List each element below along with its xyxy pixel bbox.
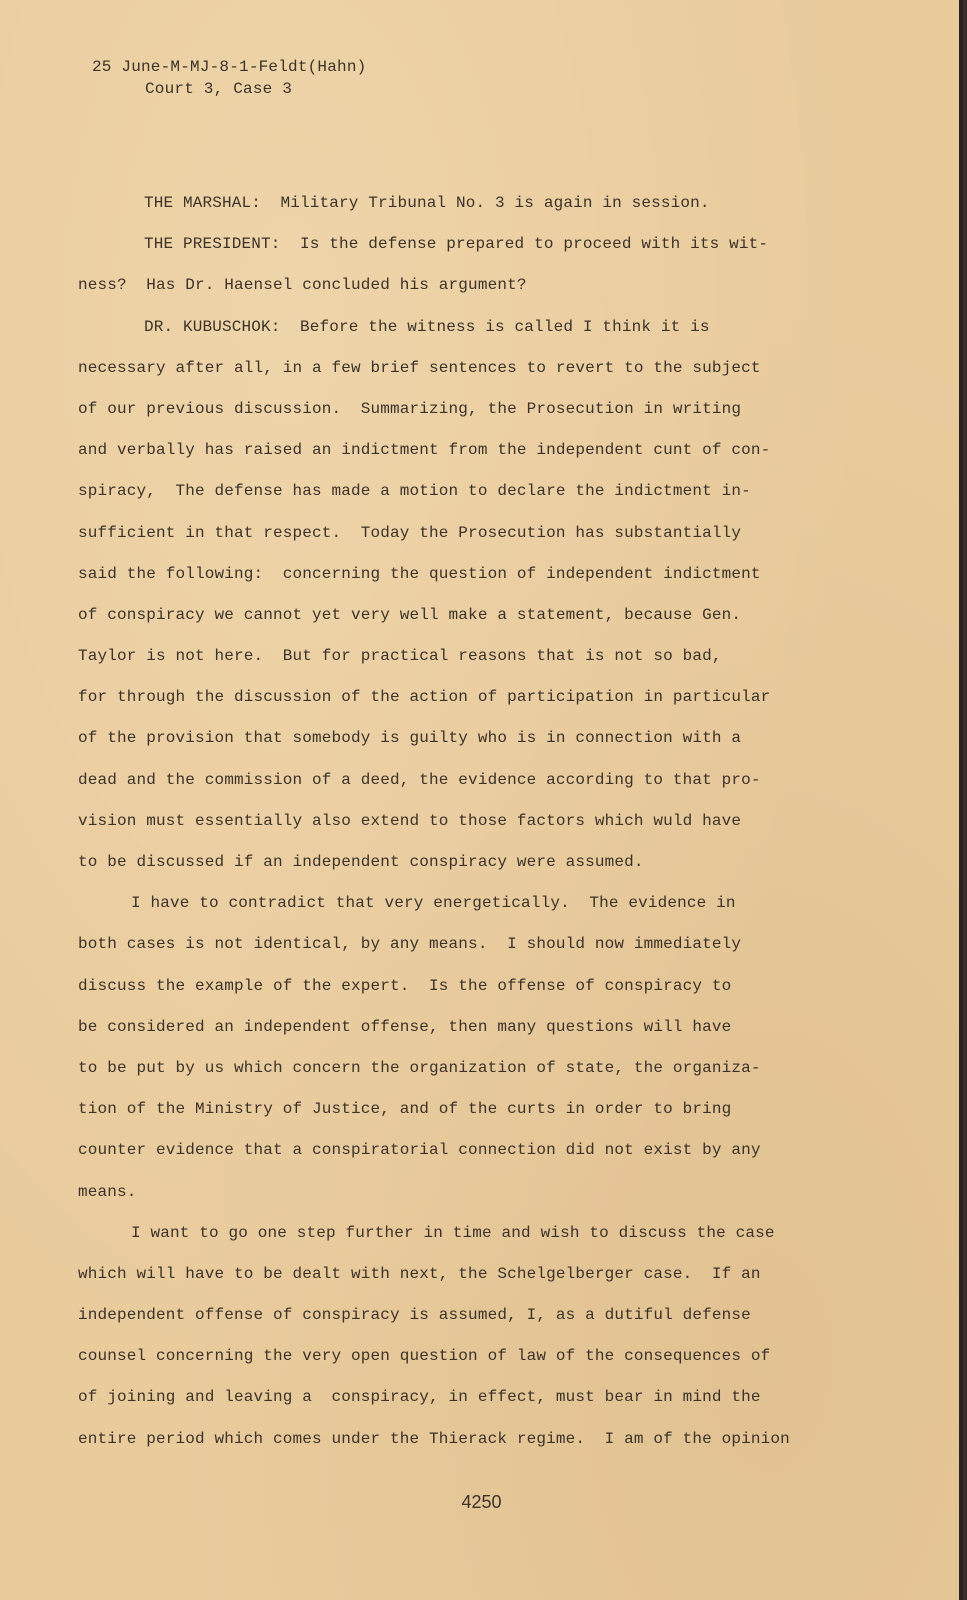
transcript-line: and verbally has raised an indictment fr…: [78, 430, 838, 471]
transcript-line: means.: [78, 1172, 838, 1213]
transcript-line: for through the discussion of the action…: [78, 677, 838, 718]
transcript-line: counsel concerning the very open questio…: [78, 1336, 838, 1377]
transcript-line: both cases is not identical, by any mean…: [78, 924, 838, 965]
header-reference: 25 June-M-MJ-8-1-Feldt(Hahn): [92, 56, 366, 78]
transcript-body: THE MARSHAL: Military Tribunal No. 3 is …: [78, 183, 838, 1460]
transcript-line: independent offense of conspiracy is ass…: [78, 1295, 838, 1336]
transcript-line: of the provision that somebody is guilty…: [78, 718, 838, 759]
transcript-line: of joining and leaving a conspiracy, in …: [78, 1377, 838, 1418]
transcript-line: I have to contradict that very energetic…: [78, 883, 838, 924]
header-court-case: Court 3, Case 3: [92, 78, 366, 100]
page-number: 4250: [0, 1492, 963, 1513]
transcript-line: which will have to be dealt with next, t…: [78, 1254, 838, 1295]
transcript-line: THE PRESIDENT: Is the defense prepared t…: [78, 224, 838, 265]
transcript-line: to be put by us which concern the organi…: [78, 1048, 838, 1089]
transcript-line: counter evidence that a conspiratorial c…: [78, 1130, 838, 1171]
transcript-line: discuss the example of the expert. Is th…: [78, 966, 838, 1007]
transcript-line: DR. KUBUSCHOK: Before the witness is cal…: [78, 307, 838, 348]
transcript-line: entire period which comes under the Thie…: [78, 1419, 838, 1460]
transcript-line: necessary after all, in a few brief sent…: [78, 348, 838, 389]
transcript-line: dead and the commission of a deed, the e…: [78, 760, 838, 801]
transcript-line: ness? Has Dr. Haensel concluded his argu…: [78, 265, 838, 306]
transcript-line: of our previous discussion. Summarizing,…: [78, 389, 838, 430]
transcript-line: said the following: concerning the quest…: [78, 554, 838, 595]
transcript-line: sufficient in that respect. Today the Pr…: [78, 513, 838, 554]
transcript-line: to be discussed if an independent conspi…: [78, 842, 838, 883]
transcript-line: of conspiracy we cannot yet very well ma…: [78, 595, 838, 636]
transcript-line: I want to go one step further in time an…: [78, 1213, 838, 1254]
page-edge-shadow: [959, 0, 963, 1600]
transcript-line: Taylor is not here. But for practical re…: [78, 636, 838, 677]
transcript-line: THE MARSHAL: Military Tribunal No. 3 is …: [78, 183, 838, 224]
document-header: 25 June-M-MJ-8-1-Feldt(Hahn) Court 3, Ca…: [92, 56, 366, 100]
transcript-line: tion of the Ministry of Justice, and of …: [78, 1089, 838, 1130]
transcript-line: spiracy, The defense has made a motion t…: [78, 471, 838, 512]
transcript-line: vision must essentially also extend to t…: [78, 801, 838, 842]
document-page: 25 June-M-MJ-8-1-Feldt(Hahn) Court 3, Ca…: [0, 0, 963, 1600]
transcript-line: be considered an independent offense, th…: [78, 1007, 838, 1048]
